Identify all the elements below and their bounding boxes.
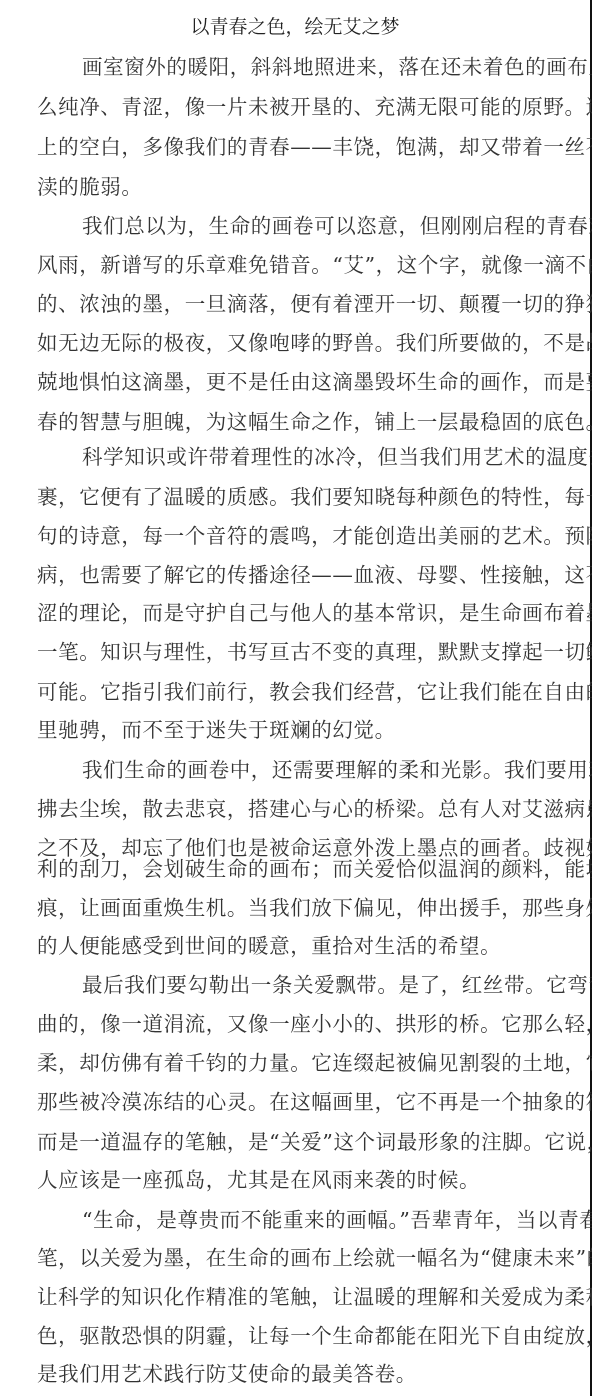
paragraph-line: 涩的理论，而是守护自己与他人的基本常识，是生命画布着墨的第 xyxy=(37,600,484,626)
paragraph-line: 拂去尘埃，散去悲哀，搭建心与心的桥梁。总有人对艾滋病患者避 xyxy=(37,796,484,822)
document-title: 以青春之色，绘无艾之梦 xyxy=(0,12,590,42)
document-page: 以青春之色，绘无艾之梦 画室窗外的暖阳，斜斜地照进来，落在还未着色的画布上。那么… xyxy=(0,0,592,1396)
paragraph-line: 我们总以为，生命的画卷可以恣意，但刚刚启程的青春难掩 xyxy=(82,213,484,239)
paragraph-line: 一笔。知识与理性，书写亘古不变的真理，默默支撑起一切鲜亮的 xyxy=(37,639,484,665)
paragraph-line: 而是一道温存的笔触，是“关爱”这个词最形象的注脚。它说，没有 xyxy=(37,1129,484,1155)
paragraph-line: 那些被冷漠冻结的心灵。在这幅画里，它不再是一个抽象的符号， xyxy=(37,1089,484,1115)
paragraph-line: 上的空白，多像我们的青春——丰饶，饱满，却又带着一丝不容亵 xyxy=(37,134,484,160)
paragraph-line: 里驰骋，而不至于迷失于斑斓的幻觉。 xyxy=(37,717,484,743)
paragraph-line: 可能。它指引我们前行，教会我们经营，它让我们能在自由的王国 xyxy=(37,679,484,705)
paragraph-line: 色，驱散恐惧的阴霾，让每一个生命都能在阳光下自由绽放，这便 xyxy=(37,1323,484,1349)
paragraph-line: 利的刮刀，会划破生命的画布；而关爱恰似温润的颜料，能填补伤 xyxy=(37,856,484,882)
paragraph-line: 春的智慧与胆魄，为这幅生命之作，铺上一层最稳固的底色。 xyxy=(37,409,484,435)
paragraph-line: 曲的，像一道涓流，又像一座小小的、拱形的桥。它那么轻，那么 xyxy=(37,1011,484,1037)
paragraph-line: 么纯净、青涩，像一片未被开垦的、充满无限可能的原野。这画布 xyxy=(37,94,484,120)
paragraph-line: 是我们用艺术践行防艾使命的最美答卷。 xyxy=(37,1361,484,1387)
paragraph-line: 我们生命的画卷中，还需要理解的柔和光影。我们要用理解 xyxy=(82,757,484,783)
paragraph-line: 痕，让画面重焕生机。当我们放下偏见，伸出援手，那些身处困境 xyxy=(37,895,484,921)
paragraph-line: 的、浓浊的墨，一旦滴落，便有着湮开一切、颠覆一切的狰狞，宛 xyxy=(37,291,484,317)
paragraph-line: 科学知识或许带着理性的冰冷，但当我们用艺术的温度去包 xyxy=(82,444,484,470)
paragraph-line: 柔，却仿佛有着千钧的力量。它连缀起被偏见割裂的土地，它渡着 xyxy=(37,1050,484,1076)
paragraph-line: 画室窗外的暖阳，斜斜地照进来，落在还未着色的画布上。那 xyxy=(82,54,484,80)
paragraph-line: 渎的脆弱。 xyxy=(37,174,484,200)
paragraph-line: 笔，以关爱为墨，在生命的画布上绘就一幅名为“健康未来”的画卷。 xyxy=(37,1245,484,1271)
paragraph-line: 如无边无际的极夜，又像咆哮的野兽。我们所要做的，不是战战兢 xyxy=(37,330,484,356)
paragraph-line: 让科学的知识化作精准的笔触，让温暖的理解和关爱成为柔和的底 xyxy=(37,1284,484,1310)
paragraph-line: 的人便能感受到世间的暖意，重拾对生活的希望。 xyxy=(37,933,484,959)
paragraph-line: 风雨，新谱写的乐章难免错音。“艾”，这个字，就像一滴不由分说 xyxy=(37,252,484,278)
paragraph-line: 病，也需要了解它的传播途径——血液、母婴、性接触，这不是晦 xyxy=(37,562,484,588)
paragraph-line: 人应该是一座孤岛，尤其是在风雨来袭的时候。 xyxy=(37,1167,484,1193)
paragraph-line: 兢地惧怕这滴墨，更不是任由这滴墨毁坏生命的画作，而是要以青 xyxy=(37,369,484,395)
paragraph-line: 最后我们要勾勒出一条关爱飘带。是了，红丝带。它弯弯曲 xyxy=(82,972,484,998)
paragraph-line: 句的诗意，每一个音符的震鸣，才能创造出美丽的艺术。预防艾滋 xyxy=(37,523,484,549)
paragraph-line: “生命，是尊贵而不能重来的画幅。”吾辈青年，当以青春为 xyxy=(82,1207,484,1233)
paragraph-line: 裹，它便有了温暖的质感。我们要知晓每种颜色的特性，每一个词 xyxy=(37,484,484,510)
